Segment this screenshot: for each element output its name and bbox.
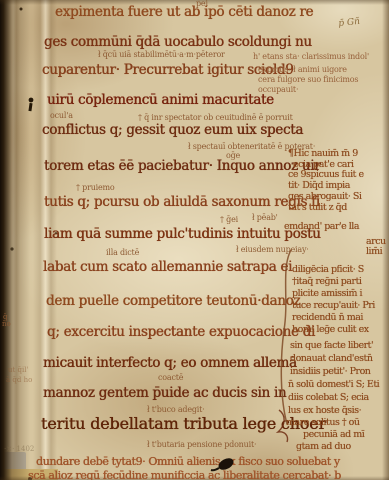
- margin-bracket: [281, 250, 291, 424]
- ink-speck: [28, 103, 32, 111]
- ink-decorations: [0, 0, 389, 480]
- manuscript-page: expimenta fuere ut ab ipō cēti danoz re …: [0, 0, 389, 480]
- ink-speck: [55, 232, 57, 234]
- ink-speck: [20, 8, 23, 11]
- ink-blot: [217, 456, 236, 472]
- ink-speck: [29, 98, 34, 103]
- brace-mark: [278, 410, 288, 442]
- ink-speck: [10, 247, 13, 250]
- ink-blot-tail: [211, 468, 219, 470]
